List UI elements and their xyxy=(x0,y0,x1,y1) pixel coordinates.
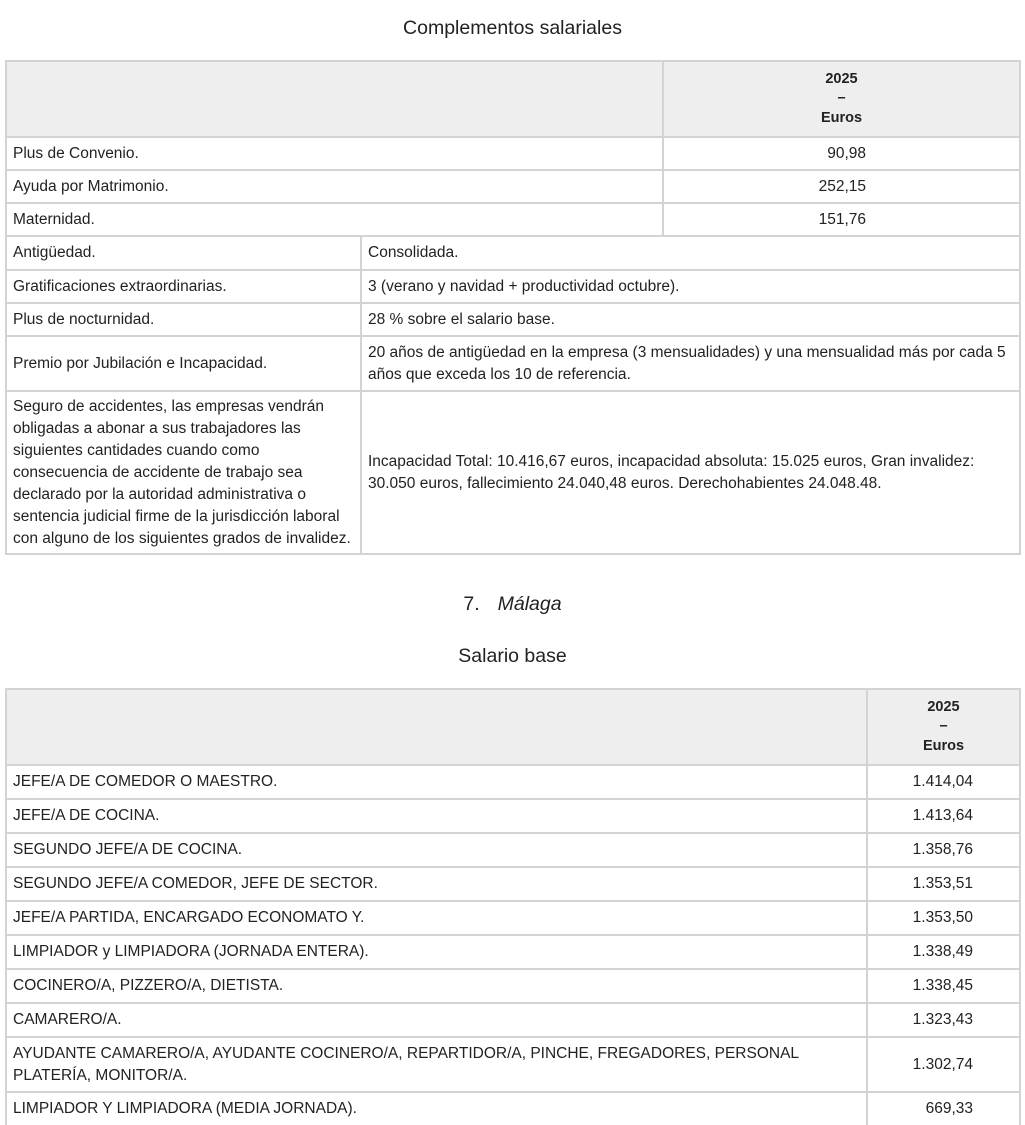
table-row: Maternidad.151,76 xyxy=(6,203,1020,236)
table-row: Antigüedad.Consolidada. xyxy=(6,236,1020,270)
table-header-row: 2025 – Euros xyxy=(6,61,1020,137)
value-cell: Consolidada. xyxy=(361,236,1020,270)
table-row: Ayuda por Matrimonio.252,15 xyxy=(6,170,1020,203)
concept-cell: Plus de Convenio. xyxy=(6,137,663,170)
header-year: 2025 xyxy=(670,70,1013,90)
header-year: 2025 xyxy=(874,698,1013,718)
amount-cell: 90,98 xyxy=(663,137,1020,170)
table-row: Plus de nocturnidad.28 % sobre el salari… xyxy=(6,303,1020,336)
category-cell: JEFE/A DE COMEDOR O MAESTRO. xyxy=(6,765,867,799)
value-cell: Incapacidad Total: 10.416,67 euros, inca… xyxy=(361,391,1020,554)
amount-cell: 1.414,04 xyxy=(867,765,1020,799)
section-number: 7. xyxy=(463,593,479,615)
amount-cell: 1.353,50 xyxy=(867,901,1020,935)
table-row: AYUDANTE CAMARERO/A, AYUDANTE COCINERO/A… xyxy=(6,1037,1020,1092)
category-cell: SEGUNDO JEFE/A DE COCINA. xyxy=(6,833,867,867)
table-row: Seguro de accidentes, las empresas vendr… xyxy=(6,391,1020,554)
header-amount-cell: 2025 – Euros xyxy=(867,689,1020,765)
concept-cell: Plus de nocturnidad. xyxy=(6,303,361,336)
section-title: 7.Málaga xyxy=(0,593,1025,616)
table-row: LIMPIADOR Y LIMPIADORA (MEDIA JORNADA).6… xyxy=(6,1092,1020,1125)
concept-cell: Gratificaciones extraordinarias. xyxy=(6,270,361,303)
amount-cell: 1.358,76 xyxy=(867,833,1020,867)
amount-cell: 1.413,64 xyxy=(867,799,1020,833)
value-cell: 20 años de antigüedad en la empresa (3 m… xyxy=(361,336,1020,391)
category-cell: COCINERO/A, PIZZERO/A, DIETISTA. xyxy=(6,969,867,1003)
amount-cell: 1.353,51 xyxy=(867,867,1020,901)
complementos-table: 2025 – Euros Plus de Convenio.90,98Ayuda… xyxy=(5,60,1021,555)
concept-cell: Seguro de accidentes, las empresas vendr… xyxy=(6,391,361,554)
table-row: Premio por Jubilación e Incapacidad.20 a… xyxy=(6,336,1020,391)
table-header-row: 2025 – Euros xyxy=(6,689,1020,765)
value-cell: 28 % sobre el salario base. xyxy=(361,303,1020,336)
concept-cell: Maternidad. xyxy=(6,203,663,236)
table-row: JEFE/A DE COCINA.1.413,64 xyxy=(6,799,1020,833)
amount-cell: 669,33 xyxy=(867,1092,1020,1125)
table-row: COCINERO/A, PIZZERO/A, DIETISTA.1.338,45 xyxy=(6,969,1020,1003)
table-row: JEFE/A PARTIDA, ENCARGADO ECONOMATO Y.1.… xyxy=(6,901,1020,935)
header-unit: Euros xyxy=(670,109,1013,129)
amount-cell: 1.323,43 xyxy=(867,1003,1020,1037)
table-row: Plus de Convenio.90,98 xyxy=(6,137,1020,170)
header-concept-cell xyxy=(6,61,663,137)
salario-base-table: 2025 – Euros JEFE/A DE COMEDOR O MAESTRO… xyxy=(5,688,1021,1125)
header-amount-cell: 2025 – Euros xyxy=(663,61,1020,137)
category-cell: JEFE/A DE COCINA. xyxy=(6,799,867,833)
complementos-caption: Complementos salariales xyxy=(0,17,1025,40)
header-dash: – xyxy=(874,717,1013,737)
amount-cell: 1.302,74 xyxy=(867,1037,1020,1092)
category-cell: SEGUNDO JEFE/A COMEDOR, JEFE DE SECTOR. xyxy=(6,867,867,901)
category-cell: LIMPIADOR y LIMPIADORA (JORNADA ENTERA). xyxy=(6,935,867,969)
concept-cell: Ayuda por Matrimonio. xyxy=(6,170,663,203)
amount-cell: 252,15 xyxy=(663,170,1020,203)
category-cell: AYUDANTE CAMARERO/A, AYUDANTE COCINERO/A… xyxy=(6,1037,867,1092)
section-name: Málaga xyxy=(498,593,562,615)
value-cell: 3 (verano y navidad + productividad octu… xyxy=(361,270,1020,303)
amount-cell: 151,76 xyxy=(663,203,1020,236)
table-row: LIMPIADOR y LIMPIADORA (JORNADA ENTERA).… xyxy=(6,935,1020,969)
category-cell: JEFE/A PARTIDA, ENCARGADO ECONOMATO Y. xyxy=(6,901,867,935)
header-dash: – xyxy=(670,89,1013,109)
category-cell: CAMARERO/A. xyxy=(6,1003,867,1037)
category-cell: LIMPIADOR Y LIMPIADORA (MEDIA JORNADA). xyxy=(6,1092,867,1125)
table-row: CAMARERO/A.1.323,43 xyxy=(6,1003,1020,1037)
table-row: Gratificaciones extraordinarias.3 (veran… xyxy=(6,270,1020,303)
table-row: JEFE/A DE COMEDOR O MAESTRO.1.414,04 xyxy=(6,765,1020,799)
amount-cell: 1.338,49 xyxy=(867,935,1020,969)
amount-cell: 1.338,45 xyxy=(867,969,1020,1003)
salario-base-caption: Salario base xyxy=(0,645,1025,668)
concept-cell: Premio por Jubilación e Incapacidad. xyxy=(6,336,361,391)
header-unit: Euros xyxy=(874,737,1013,757)
header-category-cell xyxy=(6,689,867,765)
concept-cell: Antigüedad. xyxy=(6,236,361,270)
table-row: SEGUNDO JEFE/A DE COCINA.1.358,76 xyxy=(6,833,1020,867)
table-row: SEGUNDO JEFE/A COMEDOR, JEFE DE SECTOR.1… xyxy=(6,867,1020,901)
